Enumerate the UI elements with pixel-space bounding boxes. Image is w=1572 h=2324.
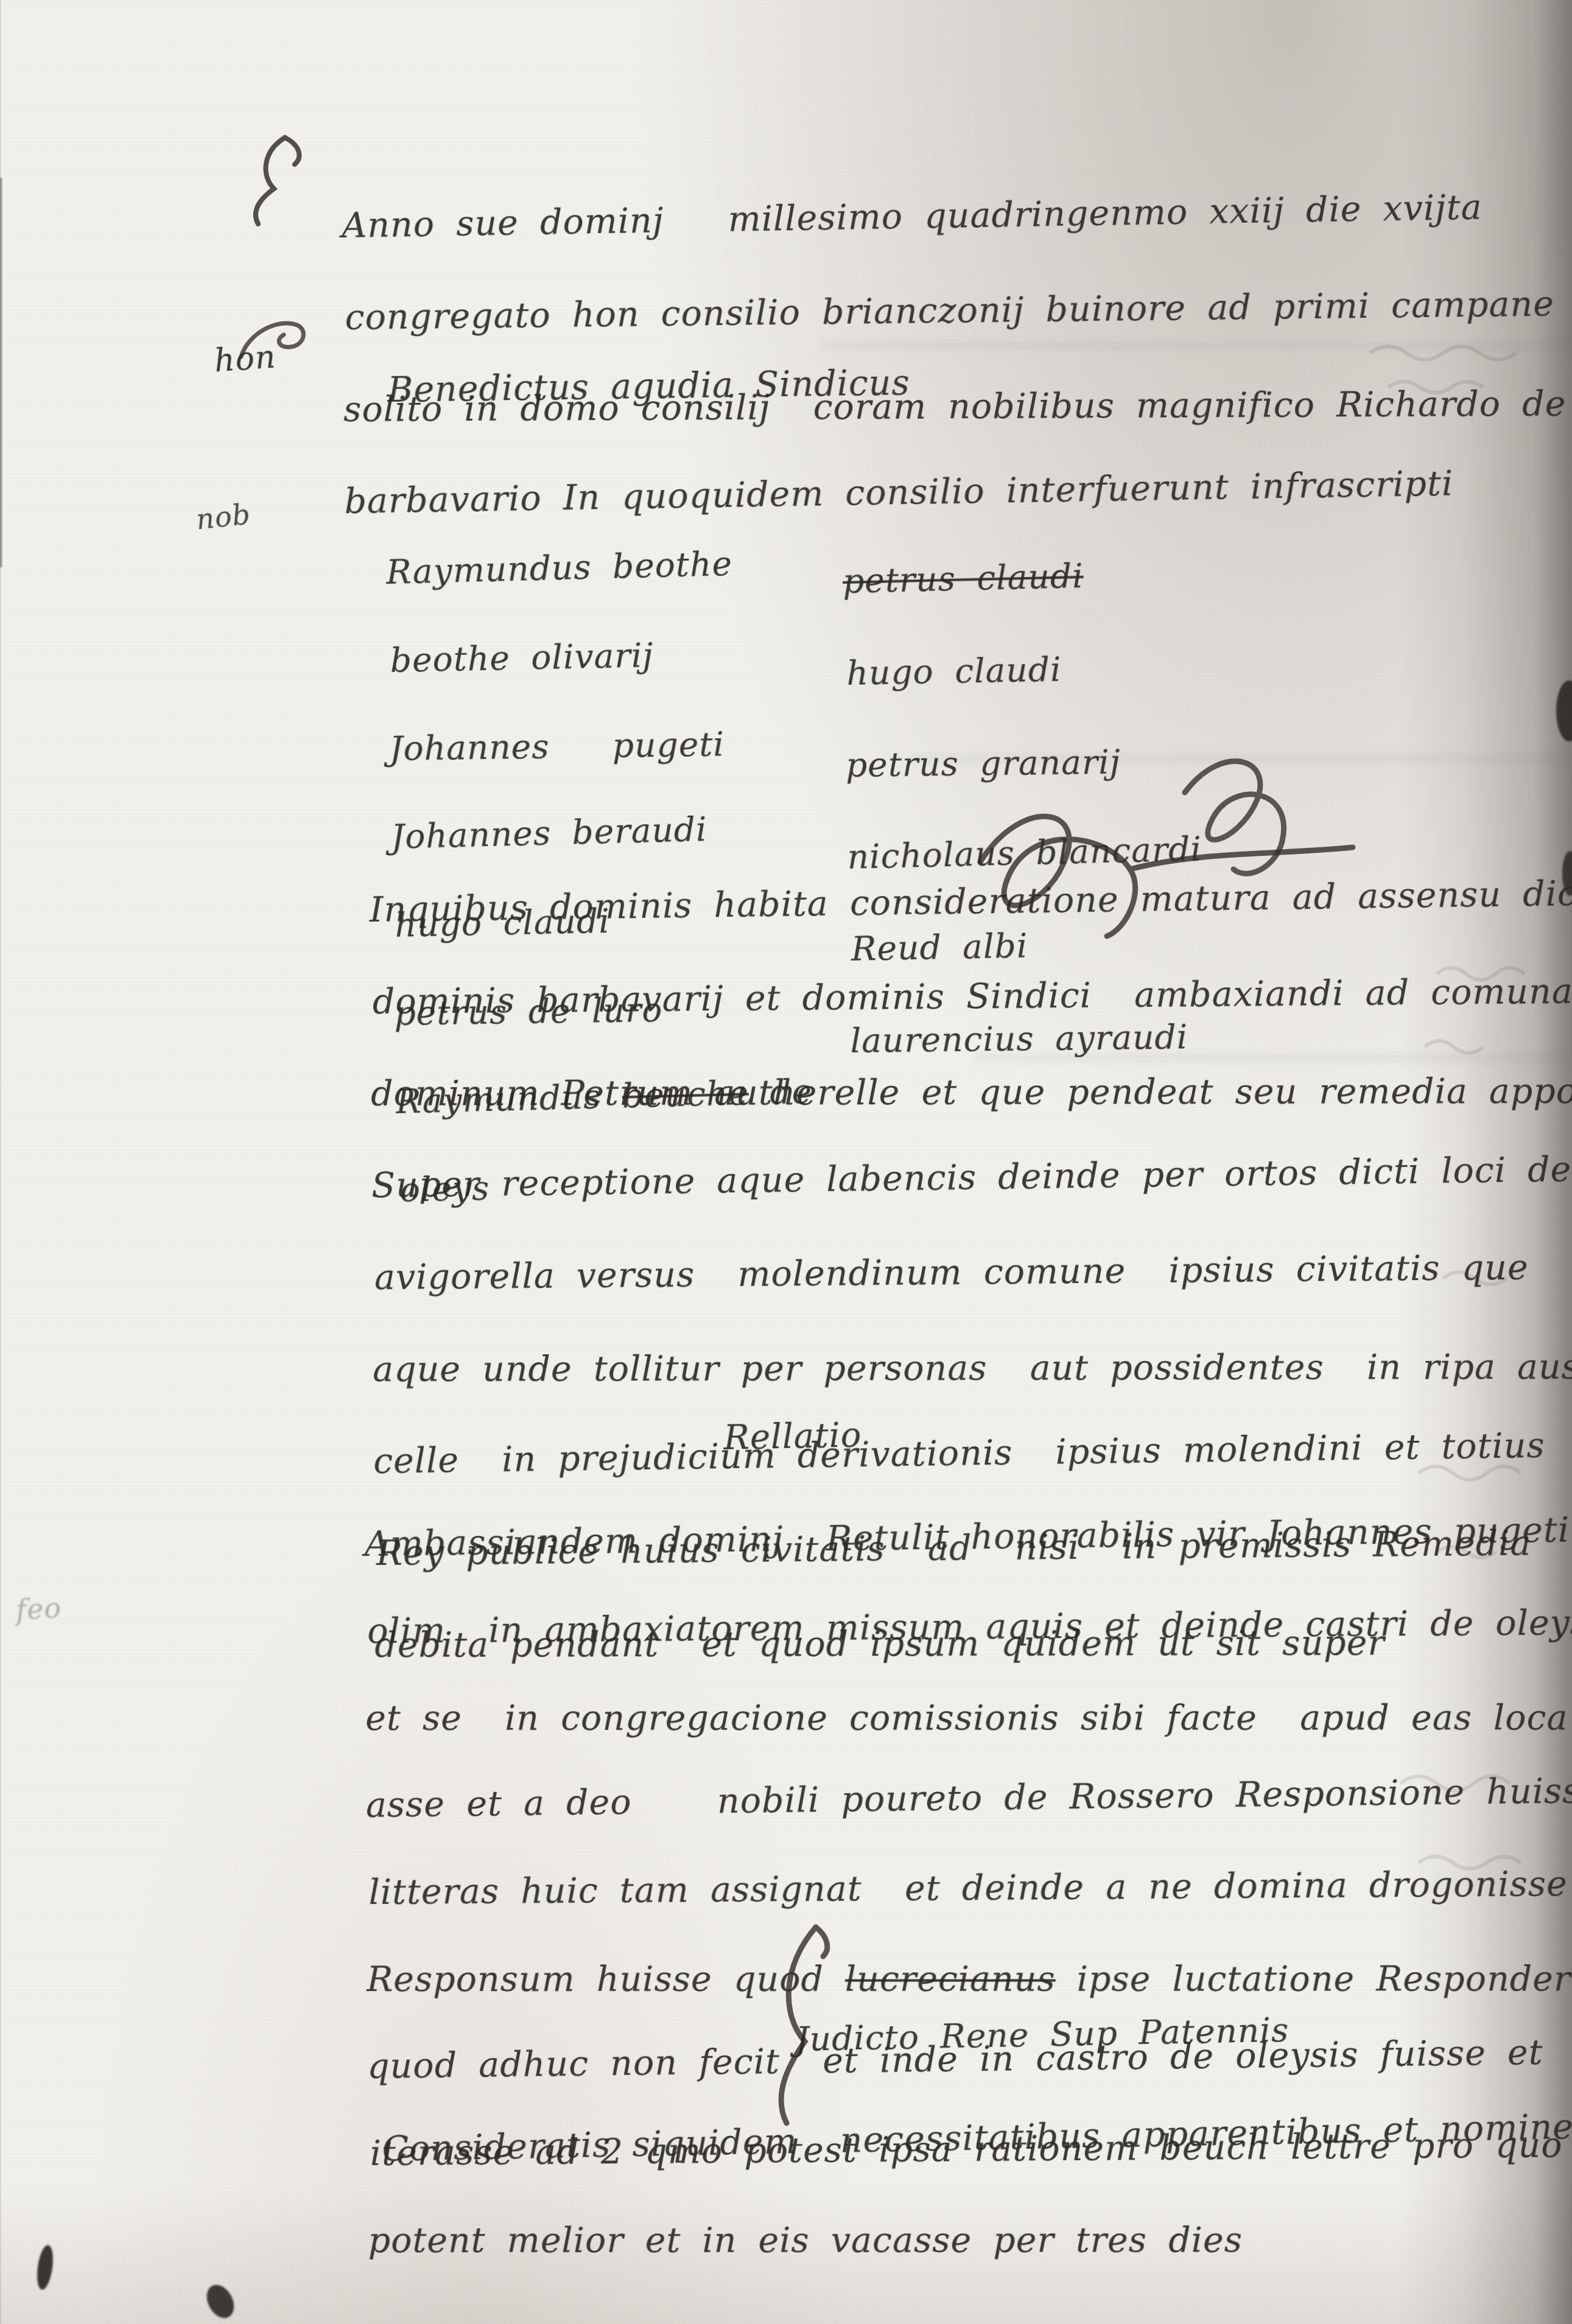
council-name: Raymundus beothe [385,535,803,599]
header-line: congregato hon consilio brianczonij buin… [345,274,1572,346]
ink-blot [1556,681,1572,741]
margin-note-hon: hon [213,339,277,380]
deliberation-line: avigorella versus molendinum comune ipsi… [374,1237,1572,1306]
deliberation-line: dominum Petrum autherelle et que pendeat… [371,1062,1572,1122]
relatio-line: potent melior et in eis vacasse per tres… [368,2214,1572,2267]
deliberation-line: Super receptione aque labencis deinde pe… [371,1138,1572,1214]
council-name: petrus claudi [842,544,1198,609]
manuscript-page: Anno sue dominj millesimo quadringenmo x… [0,0,1572,2324]
ink-blot [35,2244,55,2291]
relatio-line: olim in ambaxiatorem missum aquis et dei… [367,1595,1572,1657]
margin-note-feo: feo [15,1591,63,1626]
relatio-line: asse et a deo nobili poureto de Rossero … [365,1763,1572,1832]
sindic-line: Benedictus agudia Sindicus [387,363,910,410]
relatio-line: litteras huic tam assignat et deinde a n… [368,1857,1572,1919]
closing-paragraph: Consideratis siquidem necessitatibus app… [381,2059,1572,2201]
relatio-heading: Rellatio [723,1415,862,1458]
deliberation-line: aque unde tollitur per personas aut poss… [373,1338,1572,1398]
relatio-line: Ambassiandem dominj Retulit honorabilis … [364,1502,1572,1570]
council-name: Johannes pugeti [389,716,806,775]
margin-note-nob: nob [194,497,252,536]
deliberation-line: dominis barbavarij et dominis Sindici am… [373,961,1572,1031]
scan-edge-shadow [0,0,1,2324]
relatio-line: et se in congregacione comissionis sibi … [365,1692,1572,1745]
header-paragraph: Anno sue dominj millesimo quadringenmo x… [341,138,1572,553]
ink-blot [202,2280,240,2323]
council-name: beothe olivarij [390,625,807,687]
deliberation-line: Inquibus dominis habita consideratione m… [369,863,1572,939]
relatio-line: Responsum huisse quod lucrecianus ipse l… [367,1953,1572,2006]
council-name: petrus granarij [845,732,1201,794]
header-line: Anno sue dominj millesimo quadringenmo x… [341,176,1572,254]
opening-paraph-flourish [226,133,324,230]
closing-line: Consideratis siquidem necessitatibus app… [382,2096,1572,2178]
council-name: hugo claudi [846,638,1202,702]
